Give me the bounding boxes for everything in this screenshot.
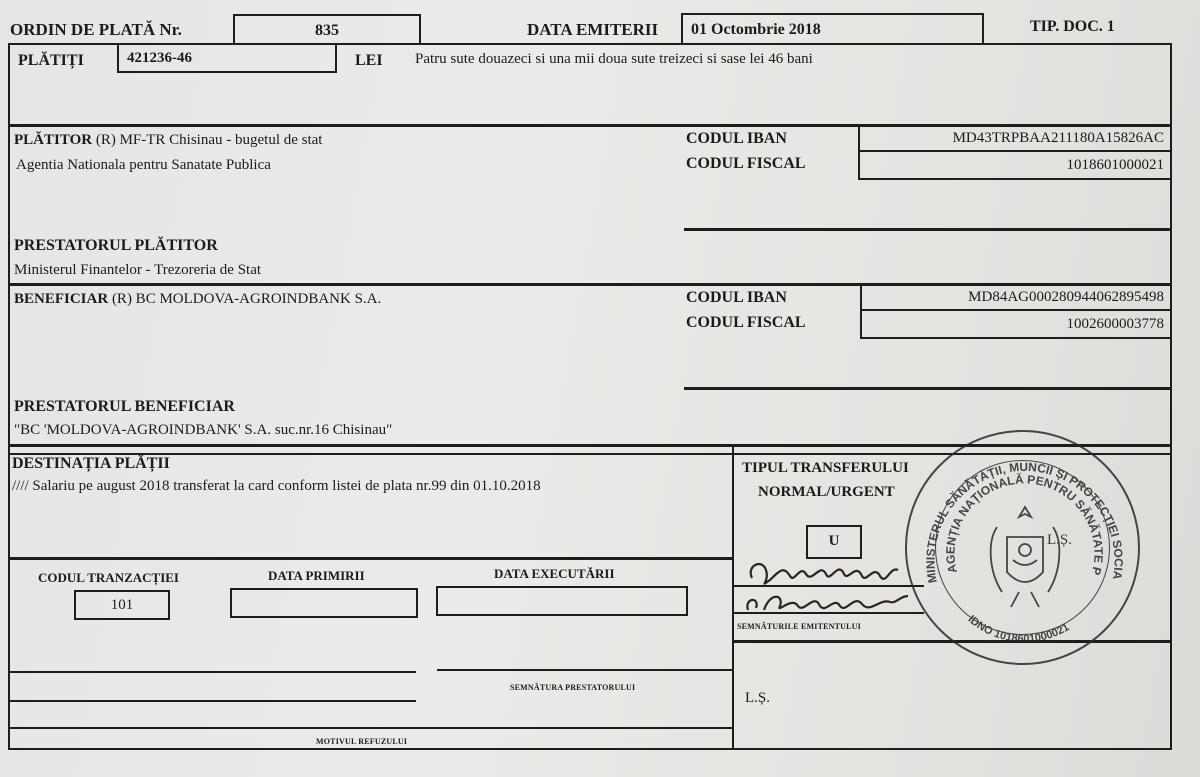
issue-date-field[interactable]: 01 Octombrie 2018 bbox=[681, 13, 984, 44]
amount-label: PLĂTIȚI bbox=[18, 52, 84, 70]
execution-date-field[interactable] bbox=[436, 586, 688, 616]
divider bbox=[858, 150, 1172, 152]
transaction-code-field[interactable]: 101 bbox=[74, 590, 170, 620]
beneficiary-label: BENEFICIAR bbox=[14, 291, 108, 307]
coat-of-arms-icon: MINISTERUL SĂNĂTĂȚII, MUNCII ȘI PROTECȚI… bbox=[907, 432, 1142, 667]
divider bbox=[732, 446, 734, 749]
issuer-signatures-label: SEMNĂTURILE EMITENTULUI bbox=[737, 622, 861, 631]
beneficiary-heading: BENEFICIAR (R) BC MOLDOVA-AGROINDBANK S.… bbox=[14, 291, 381, 308]
divider bbox=[8, 557, 734, 560]
beneficiary-iban[interactable]: MD84AG000280944062895498 bbox=[864, 289, 1164, 306]
signature-line bbox=[8, 700, 416, 702]
purpose-label: DESTINAȚIA PLĂȚII bbox=[12, 455, 170, 473]
payer-fiscal-code[interactable]: 1018601000021 bbox=[862, 157, 1164, 174]
beneficiary-fiscal-code[interactable]: 1002600003778 bbox=[864, 316, 1164, 333]
purpose-text: //// Salariu pe august 2018 transferat l… bbox=[12, 478, 541, 495]
provider-signature-label: SEMNĂTURA PRESTATORULUI bbox=[510, 683, 635, 692]
divider bbox=[8, 727, 734, 729]
payer-fiscal-label: CODUL FISCAL bbox=[686, 155, 806, 173]
beneficiary-suffix: (R) BC MOLDOVA-AGROINDBANK S.A. bbox=[112, 291, 381, 307]
transfer-type-label: TIPUL TRANSFERULUI bbox=[742, 460, 909, 477]
refusal-reason-label: MOTIVUL REFUZULUI bbox=[316, 737, 407, 746]
stamp-idno: IDNO 1018601000021 bbox=[966, 613, 1072, 645]
execution-date-label: DATA EXECUTĂRII bbox=[494, 566, 615, 582]
handwritten-signature bbox=[740, 548, 915, 618]
transaction-code: 101 bbox=[76, 597, 168, 614]
order-number-field[interactable]: 835 bbox=[233, 14, 421, 44]
payer-name: Agentia Nationala pentru Sanatate Public… bbox=[16, 157, 271, 174]
issue-date-label: DATA EMITERII bbox=[527, 20, 658, 40]
divider bbox=[860, 309, 1172, 311]
order-number: 835 bbox=[235, 22, 419, 40]
divider bbox=[858, 125, 860, 180]
official-stamp: MINISTERUL SĂNĂTĂȚII, MUNCII ȘI PROTECȚI… bbox=[905, 430, 1140, 665]
divider bbox=[858, 178, 1172, 180]
beneficiary-iban-label: CODUL IBAN bbox=[686, 289, 787, 307]
transfer-type-options: NORMAL/URGENT bbox=[758, 484, 895, 501]
divider bbox=[8, 283, 1172, 286]
divider bbox=[684, 228, 1172, 231]
transaction-code-label: CODUL TRANZACȚIEI bbox=[38, 570, 179, 586]
payer-heading: PLĂTITOR (R) MF-TR Chisinau - bugetul de… bbox=[14, 132, 322, 149]
amount-field[interactable]: 421236-46 bbox=[117, 43, 337, 73]
payer-iban[interactable]: MD43TRPBAA211180A15826AC bbox=[862, 130, 1164, 147]
payer-iban-label: CODUL IBAN bbox=[686, 130, 787, 148]
divider bbox=[860, 284, 862, 339]
divider bbox=[860, 337, 1172, 339]
payer-provider-label: PRESTATORUL PLĂTITOR bbox=[14, 237, 218, 255]
signature-line bbox=[437, 669, 734, 671]
divider bbox=[8, 124, 1172, 127]
stamp-ls: L.Ș. bbox=[1047, 532, 1072, 548]
payer-suffix: (R) MF-TR Chisinau - bugetul de stat bbox=[96, 132, 323, 148]
form-title: ORDIN DE PLATĂ Nr. bbox=[10, 20, 182, 40]
signature-line bbox=[8, 671, 416, 673]
amount-in-words: Patru sute douazeci si una mii doua sute… bbox=[415, 51, 813, 68]
amount-value: 421236-46 bbox=[127, 50, 192, 67]
received-date-label: DATA PRIMIRII bbox=[268, 568, 365, 584]
divider bbox=[684, 387, 1172, 390]
beneficiary-fiscal-label: CODUL FISCAL bbox=[686, 314, 806, 332]
currency-label: LEI bbox=[355, 52, 383, 70]
ls-mark: L.Ș. bbox=[745, 690, 770, 707]
beneficiary-provider: "BC 'MOLDOVA-AGROINDBANK' S.A. suc.nr.16… bbox=[14, 422, 392, 439]
payer-label: PLĂTITOR bbox=[14, 132, 92, 148]
svg-text:IDNO 1018601000021: IDNO 1018601000021 bbox=[966, 613, 1072, 645]
issue-date: 01 Octombrie 2018 bbox=[691, 21, 821, 39]
doc-type: TIP. DOC. 1 bbox=[1030, 18, 1115, 36]
received-date-field[interactable] bbox=[230, 588, 418, 618]
beneficiary-provider-label: PRESTATORUL BENEFICIAR bbox=[14, 398, 235, 416]
payer-provider: Ministerul Finantelor - Trezoreria de St… bbox=[14, 262, 261, 279]
